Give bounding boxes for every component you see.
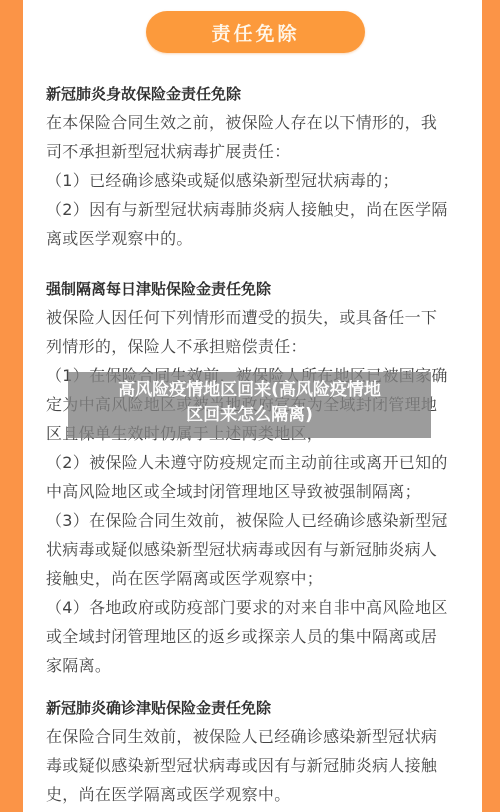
- section-death-benefit-exclusion: 新冠肺炎身故保险金责任免除 在本保险合同生效之前，被保险人存在以下情形的，我 司…: [46, 80, 466, 253]
- list-item: （3）在保险合同生效前，被保险人已经确诊感染新型冠: [46, 506, 466, 535]
- list-item-continuation: 家隔离。: [46, 651, 466, 680]
- paragraph-line: 在保险合同生效前，被保险人已经确诊感染新型冠状病: [46, 722, 466, 751]
- paragraph-line: 司不承担新型冠状病毒扩展责任：: [46, 137, 466, 166]
- list-item-continuation: 离或医学观察中的。: [46, 224, 466, 253]
- list-item-continuation: 中高风险地区或全域封闭管理地区导致被强制隔离；: [46, 477, 466, 506]
- list-item: （2）被保险人未遵守防疫规定而主动前往或离开已知的: [46, 448, 466, 477]
- section-diagnosis-allowance-exclusion: 新冠肺炎确诊津贴保险金责任免除 在保险合同生效前，被保险人已经确诊感染新型冠状病…: [46, 694, 466, 809]
- list-item: （2）因有与新型冠状病毒肺炎病人接触史，尚在医学隔: [46, 195, 466, 224]
- paragraph-line: 被保险人因任何下列情形而遭受的损失，或具备任一下: [46, 303, 466, 332]
- header-pill-label: 责任免除: [211, 19, 299, 46]
- section-title: 新冠肺炎身故保险金责任免除: [46, 80, 466, 108]
- section-quarantine-allowance-exclusion: 强制隔离每日津贴保险金责任免除 被保险人因任何下列情形而遭受的损失，或具备任一下…: [46, 275, 466, 680]
- caption-overlay: 高风险疫情地区回来(高风险疫情地 区回来怎么隔离): [68, 372, 431, 438]
- paragraph-line: 史，尚在医学隔离或医学观察中。: [46, 780, 466, 809]
- paragraph-line: 列情形的，保险人不承担赔偿责任：: [46, 332, 466, 361]
- paragraph-line: 在本保险合同生效之前，被保险人存在以下情形的，我: [46, 108, 466, 137]
- list-item-continuation: 或全域封闭管理地区的返乡或探亲人员的集中隔离或居: [46, 622, 466, 651]
- section-title: 新冠肺炎确诊津贴保险金责任免除: [46, 694, 466, 722]
- section-title: 强制隔离每日津贴保险金责任免除: [46, 275, 466, 303]
- list-item-continuation: 接触史，尚在医学隔离或医学观察中；: [46, 564, 466, 593]
- paragraph-line: 毒或疑似感染新型冠状病毒或因有与新冠肺炎病人接触: [46, 751, 466, 780]
- caption-line-2: 区回来怎么隔离): [68, 403, 431, 428]
- list-item: （4）各地政府或防疫部门要求的对来自非中高风险地区: [46, 593, 466, 622]
- list-item: （1）已经确诊感染或疑似感染新型冠状病毒的；: [46, 166, 466, 195]
- liability-exclusion-header-pill: 责任免除: [146, 11, 365, 53]
- list-item-continuation: 状病毒或疑似感染新型冠状病毒或因有与新冠肺炎病人: [46, 535, 466, 564]
- caption-line-1: 高风险疫情地区回来(高风险疫情地: [68, 378, 431, 403]
